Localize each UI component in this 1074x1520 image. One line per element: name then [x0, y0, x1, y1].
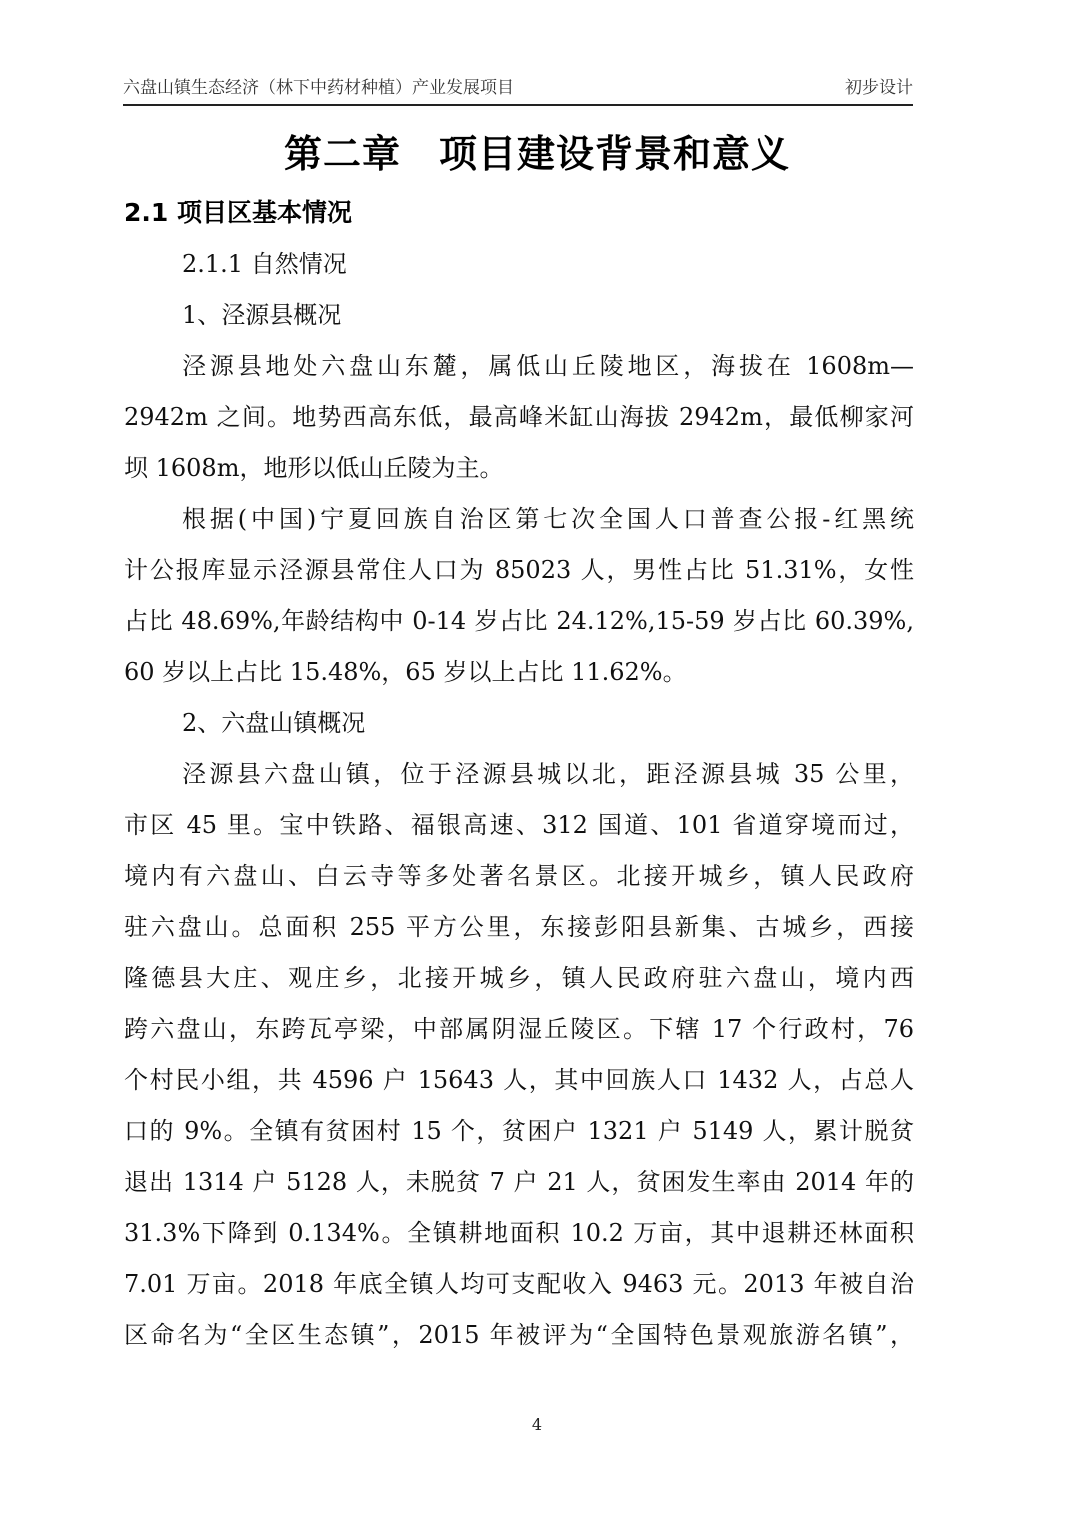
paragraph-line: 2942m 之间。地势西高东低，最高峰米缸山海拔 2942m，最低柳家河 [124, 399, 914, 435]
paragraph-line: 坝 1608m，地形以低山丘陵为主。 [124, 450, 914, 486]
paragraph-line: 60 岁以上占比 15.48%，65 岁以上占比 11.62%。 [124, 654, 914, 690]
paragraph-line: 泾源县地处六盘山东麓，属低山丘陵地区，海拔在 1608m— [182, 348, 914, 384]
paragraph-line: 占比 48.69%,年龄结构中 0-14 岁占比 24.12%,15-59 岁占… [124, 603, 914, 639]
chapter-number: 第二章 [284, 132, 401, 176]
paragraph-line: 泾源县六盘山镇，位于泾源县城以北，距泾源县城 35 公里， [182, 756, 914, 792]
paragraph-line: 个村民小组，共 4596 户 15643 人，其中回族人口 1432 人，占总人 [124, 1062, 914, 1098]
page-number: 4 [0, 1414, 1074, 1436]
paragraph-line: 区命名为“全区生态镇”，2015 年被评为“全国特色景观旅游名镇”， [124, 1317, 914, 1353]
paragraph-line: 驻六盘山。总面积 255 平方公里，东接彭阳县新集、古城乡，西接 [124, 909, 914, 945]
chapter-name: 项目建设背景和意义 [439, 132, 790, 176]
paragraph-line: 境内有六盘山、白云寺等多处著名景区。北接开城乡，镇人民政府 [124, 858, 914, 894]
header-project-title: 六盘山镇生态经济（林下中药材种植）产业发展项目 [123, 76, 514, 100]
item1-heading: 1、泾源县概况 [182, 297, 914, 333]
paragraph-line: 跨六盘山，东跨瓦亭梁，中部属阴湿丘陵区。下辖 17 个行政村，76 [124, 1011, 914, 1047]
running-header: 六盘山镇生态经济（林下中药材种植）产业发展项目 初步设计 [123, 76, 913, 106]
subsection-heading: 2.1.1 自然情况 [182, 246, 914, 282]
chapter-title: 第二章项目建设背景和意义 [0, 126, 1074, 182]
document-page: 六盘山镇生态经济（林下中药材种植）产业发展项目 初步设计 第二章项目建设背景和意… [0, 0, 1074, 1520]
item2-heading: 2、六盘山镇概况 [182, 705, 914, 741]
paragraph-line: 退出 1314 户 5128 人，未脱贫 7 户 21 人，贫困发生率由 201… [124, 1164, 914, 1200]
paragraph-line: 7.01 万亩。2018 年底全镇人均可支配收入 9463 元。2013 年被自… [124, 1266, 914, 1302]
paragraph-line: 根据(中国)宁夏回族自治区第七次全国人口普查公报-红黑统 [182, 501, 914, 537]
section-heading: 2.1 项目区基本情况 [124, 193, 352, 233]
paragraph-line: 市区 45 里。宝中铁路、福银高速、312 国道、101 省道穿境而过， [124, 807, 914, 843]
paragraph-line: 31.3%下降到 0.134%。全镇耕地面积 10.2 万亩，其中退耕还林面积 [124, 1215, 914, 1251]
header-doc-type: 初步设计 [845, 76, 913, 100]
paragraph-line: 计公报库显示泾源县常住人口为 85023 人，男性占比 51.31%，女性 [124, 552, 914, 588]
paragraph-line: 隆德县大庄、观庄乡，北接开城乡，镇人民政府驻六盘山，境内西 [124, 960, 914, 996]
paragraph-line: 口的 9%。全镇有贫困村 15 个，贫困户 1321 户 5149 人，累计脱贫 [124, 1113, 914, 1149]
